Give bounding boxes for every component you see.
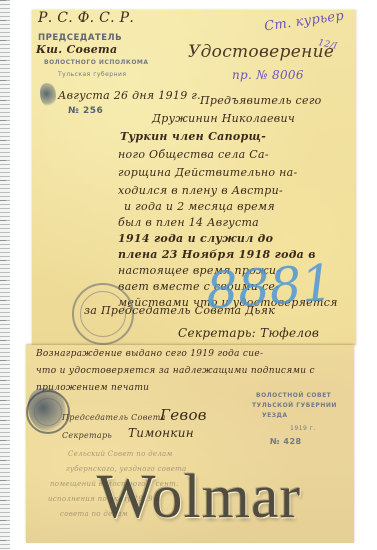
slip-line: Вознаграждение выдано сего 1919 года сие… [36,349,263,359]
bleed-line: Сельский Совет по делам [68,450,173,458]
ink-stamp-blot [40,83,56,107]
annotation-number: пр. № 8006 [232,68,304,82]
stamp-line: ТУЛЬСКОЙ ГУБЕРНИИ [252,402,337,409]
header-council: Кш. Совета [36,43,117,56]
signature-secretary-line: Секретарь: Тюфелов [178,326,319,340]
slip-line: что и удостоверяется за надлежащими подп… [36,366,315,376]
body-line: горщина Действительно на- [118,166,298,179]
body-line: был в плен 14 Августа [118,216,259,229]
stamp-line: 1919 г. [290,425,316,432]
body-line: 1914 года и служил до [118,232,273,245]
stamp-line: ВОЛОСТНОЙ СОВЕТ [256,392,331,399]
body-line: и года и 2 месяца время [124,200,275,213]
header-rsfsr: Р. С. Ф. С. Р. [38,10,134,26]
body-line: Дружинин Николаевич [152,112,295,125]
ruler-scale [0,0,10,550]
body-line: ного Общества села Са- [118,148,269,161]
slip-chairman-signature: Гевов [160,406,207,424]
body-line: ходился в плену в Австри- [118,184,283,197]
stamp-chairman: ПРЕДСЕДАТЕЛЬ [38,33,122,43]
slip-round-seal [26,390,70,434]
stamp-gubernia: Тульская губерния [58,71,127,78]
document-title: Удостоверение [188,42,334,62]
signature-chairman-line: за Председатель Совета Дьяк [84,304,275,317]
header-number: № 256 [68,106,103,116]
body-line: Предъявитель сего [200,94,322,107]
slip-secretary-signature: Тимонкин [128,426,194,440]
slip-secretary-label: Секретарь [62,431,112,440]
header-date: Августа 26 дня 1919 г. [58,89,201,102]
watermark-logo: Wolmar [97,462,301,533]
stamp-line: УЕЗДА [262,412,287,419]
stamp-volost: ВОЛОСТНОГО ИСПОЛКОМА [44,59,149,66]
body-line: Туркин член Сапорщ- [120,130,266,143]
stamp-line: № 428 [270,437,302,446]
slip-chairman-label: Председатель Совета [62,413,166,422]
